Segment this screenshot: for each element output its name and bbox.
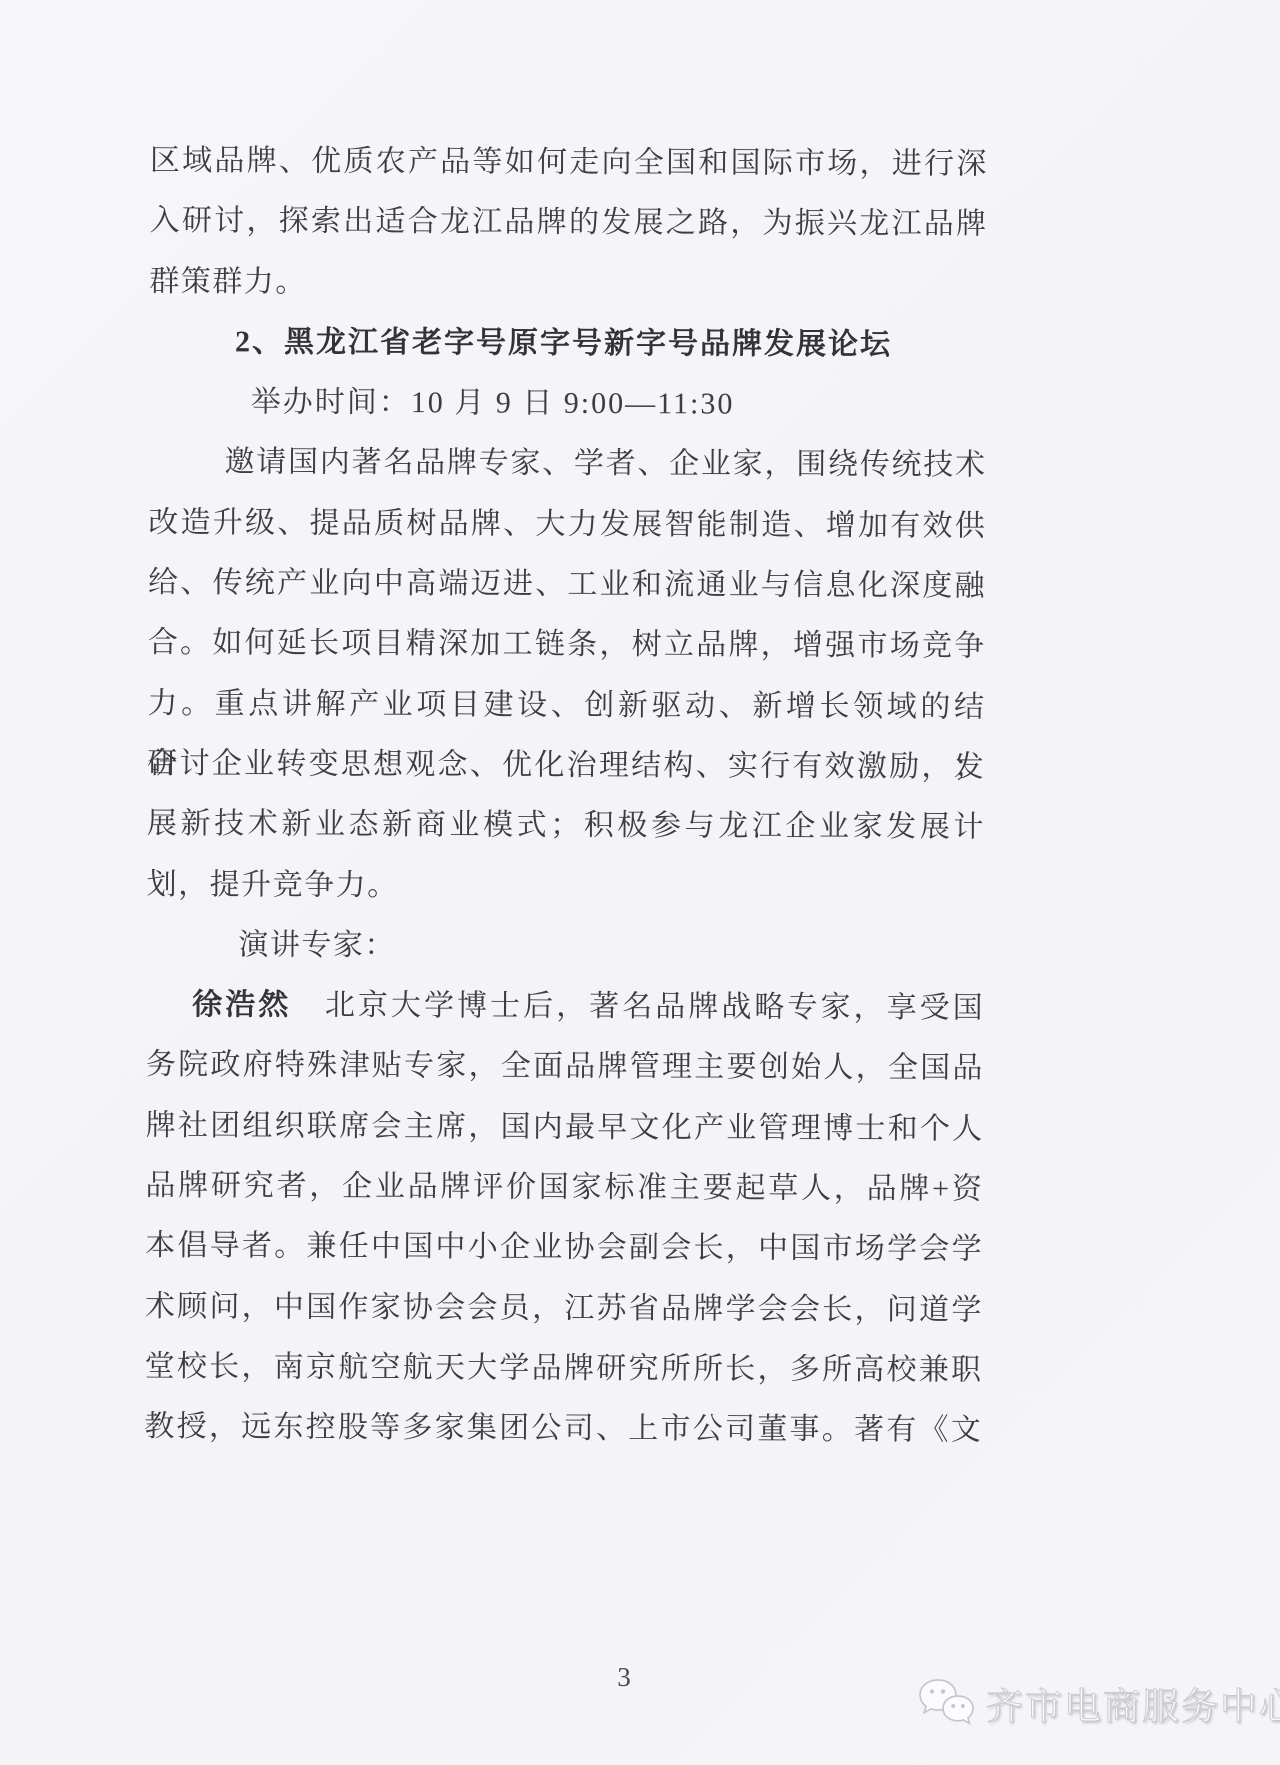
speakers-label: 演讲专家：	[146, 915, 984, 979]
text-line: 堂校长，南京航空航天大学品牌研究所所长，多所高校兼职	[144, 1337, 982, 1401]
text-line: 术顾问，中国作家协会会员，江苏省品牌学会会长，问道学	[145, 1277, 983, 1341]
speaker-name: 徐浩然	[192, 988, 291, 1021]
section-heading: 2、黑龙江省老字号原字号新字号品牌发展论坛	[149, 312, 987, 376]
wechat-icon	[916, 1676, 978, 1730]
text-line: 区域品牌、优质农产品等如何走向全国和国际市场，进行深	[150, 131, 988, 195]
text-line: 入研讨，探索出适合龙江品牌的发展之路，为振兴龙江品牌	[149, 191, 987, 255]
text-line: 给、传统产业向中高端迈进、工业和流通业与信息化深度融	[148, 553, 986, 617]
text-line: 品牌研究者，企业品牌评价国家标准主要起草人，品牌+资	[145, 1156, 983, 1220]
watermark-label: 齐市电商服务中心	[986, 1676, 1280, 1730]
text-line: 力。重点讲解产业项目建设、创新驱动、新增长领域的结合；	[147, 674, 985, 738]
document-page: 区域品牌、优质农产品等如何走向全国和国际市场，进行深 入研讨，探索出适合龙江品牌…	[0, 0, 1280, 1765]
text-line: 展新技术新业态新商业模式；积极参与龙江企业家发展计	[147, 794, 985, 858]
text-line: 改造升级、提品质树品牌、大力发展智能制造、增加有效供	[148, 493, 986, 557]
text-line: 务院政府特殊津贴专家，全面品牌管理主要创始人，全国品	[146, 1035, 984, 1099]
text-line: 教授，远东控股等多家集团公司、上市公司董事。著有《文	[144, 1397, 982, 1461]
schedule-line: 举办时间：10 月 9 日 9:00—11:30	[149, 372, 987, 436]
text-line: 划，提升竞争力。	[147, 855, 985, 919]
text-line: 邀请国内著名品牌专家、学者、企业家，围绕传统技术	[148, 432, 986, 496]
page-number: 3	[594, 1662, 654, 1693]
speaker-bio-text: 北京大学博士后，著名品牌战略专家，享受国	[323, 989, 984, 1025]
text-line: 牌社团组织联席会主席，国内最早文化产业管理博士和个人	[146, 1096, 984, 1160]
document-body: 区域品牌、优质农产品等如何走向全国和国际市场，进行深 入研讨，探索出适合龙江品牌…	[144, 131, 988, 1461]
text-line: 合。如何延长项目精深加工链条，树立品牌，增强市场竞争	[148, 613, 986, 677]
watermark: 齐市电商服务中心	[916, 1676, 1280, 1730]
text-line: 本倡导者。兼任中国中小企业协会副会长，中国市场学会学	[145, 1216, 983, 1280]
text-line: 研讨企业转变思想观念、优化治理结构、实行有效激励，发	[147, 734, 985, 798]
speaker-line: 徐浩然北京大学博士后，著名品牌战略专家，享受国	[146, 975, 984, 1039]
text-line: 群策群力。	[149, 252, 987, 316]
